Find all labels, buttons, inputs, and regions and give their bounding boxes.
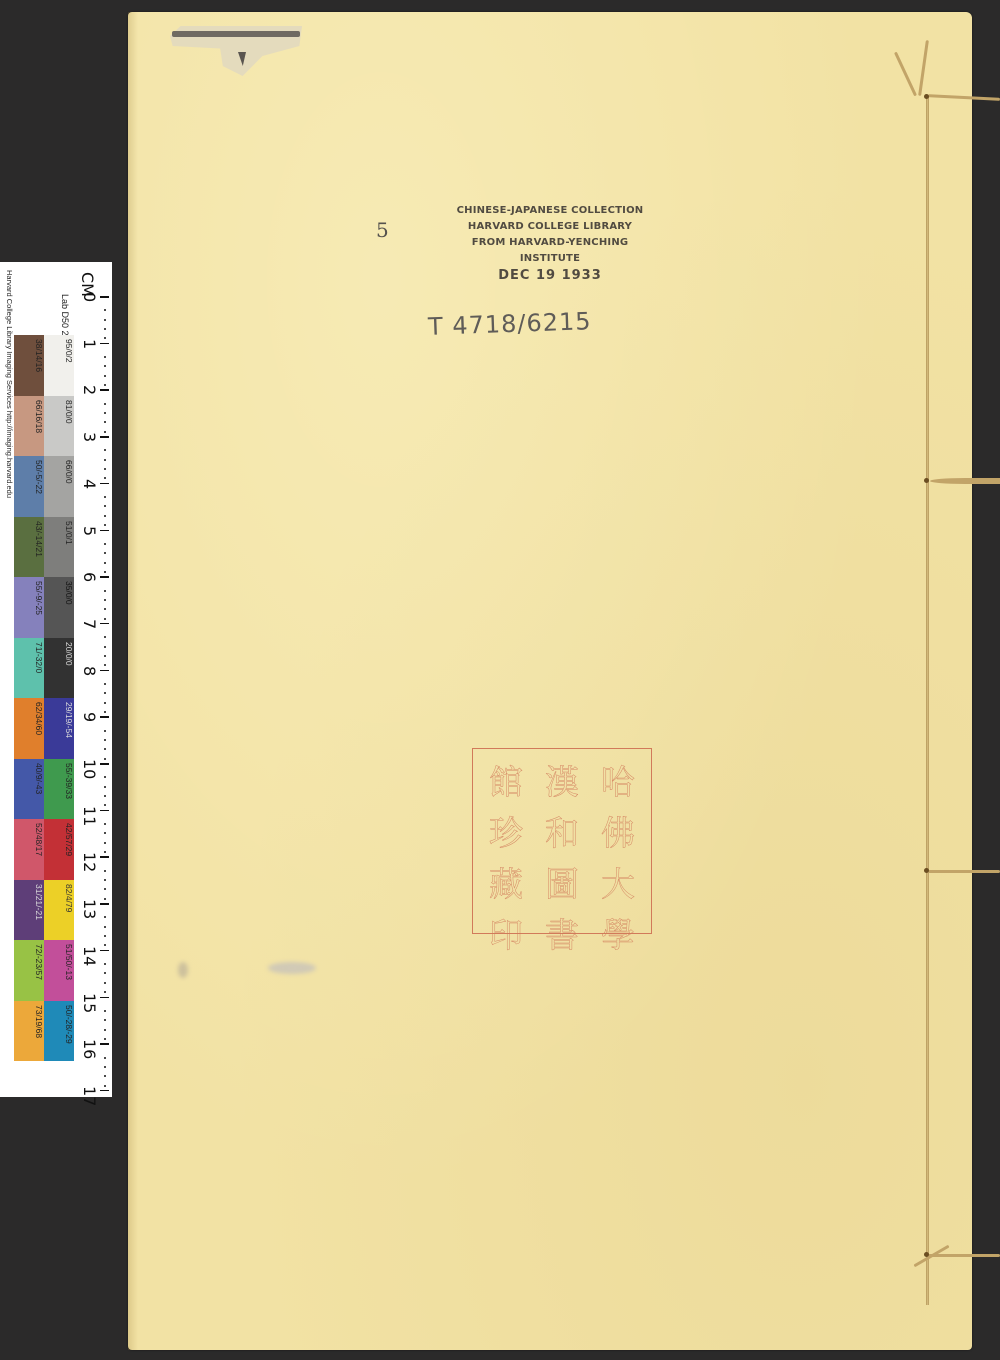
binding-thread-middle xyxy=(930,478,1000,484)
ruler-minor-tick xyxy=(104,571,106,573)
gray-patch: 42/57/29 xyxy=(44,819,74,880)
ruler-number: 16 xyxy=(80,1039,99,1059)
library-acquisition-stamp: CHINESE-JAPANESE COLLECTION HARVARD COLL… xyxy=(440,203,660,285)
seal-character: 學 xyxy=(591,908,645,957)
color-patch: 66/16/18 xyxy=(14,396,44,457)
gray-patch: 29/19/-54 xyxy=(44,698,74,759)
seal-character: 哈 xyxy=(591,755,645,804)
binding-knot xyxy=(924,94,929,99)
ruler-minor-tick xyxy=(104,730,106,732)
ruler-minor-tick xyxy=(104,319,106,321)
seal-character: 藏 xyxy=(479,857,533,906)
ruler-number: 6 xyxy=(80,572,99,582)
gray-patch: 50/-28/-29 xyxy=(44,1001,74,1062)
ruler-major-tick xyxy=(100,716,109,718)
binding-thread-vertical xyxy=(926,95,929,1305)
color-patch: 72/-23/57 xyxy=(14,940,44,1001)
paper-smudge xyxy=(178,962,188,978)
ruler-minor-tick xyxy=(104,823,106,825)
ruler-minor-tick xyxy=(104,739,106,741)
gray-patch: 55/-39/33 xyxy=(44,759,74,820)
ruler-minor-tick xyxy=(104,562,106,564)
handwritten-page-number: 5 xyxy=(376,218,389,242)
ruler-minor-tick xyxy=(104,655,106,657)
ruler-minor-tick xyxy=(104,1038,106,1040)
card-credit-text: Harvard College Library Imaging Services… xyxy=(2,270,14,830)
ruler-minor-tick xyxy=(104,375,106,377)
ruler-number: 9 xyxy=(80,712,99,722)
ruler-minor-tick xyxy=(104,795,106,797)
ruler-major-tick xyxy=(100,389,109,391)
stamp-line-library: HARVARD COLLEGE LIBRARY xyxy=(440,219,660,235)
torn-label-stripe xyxy=(172,31,300,37)
ruler-minor-tick xyxy=(104,328,106,330)
color-patch: 73/19/68 xyxy=(14,1001,44,1062)
ruler-major-tick xyxy=(100,530,109,532)
ruler-minor-tick xyxy=(104,1010,106,1012)
gray-patch: 95/0/2 xyxy=(44,335,74,396)
ruler-major-tick xyxy=(100,483,109,485)
gray-patch: 35/0/0 xyxy=(44,577,74,638)
stamp-date: DEC 19 1933 xyxy=(440,267,660,285)
ruler-number: 7 xyxy=(80,619,99,629)
ruler-major-tick xyxy=(100,296,109,298)
seal-character: 書 xyxy=(535,908,589,957)
ruler-major-tick xyxy=(100,436,109,438)
ruler-major-tick xyxy=(100,997,109,999)
seal-character: 圖 xyxy=(535,857,589,906)
stamp-line-collection: CHINESE-JAPANESE COLLECTION xyxy=(440,203,660,219)
ruler-minor-tick xyxy=(104,515,106,517)
ruler-minor-tick xyxy=(104,356,106,358)
ruler-number: 3 xyxy=(80,432,99,442)
ruler-number: 2 xyxy=(80,385,99,395)
stamp-line-source: FROM HARVARD-YENCHING INSTITUTE xyxy=(440,235,660,267)
color-patch: 43/-14/21 xyxy=(14,517,44,578)
ruler-minor-tick xyxy=(104,870,106,872)
ruler-major-tick xyxy=(100,903,109,905)
lab-label: Lab D50 2° xyxy=(60,294,70,339)
ruler-number: 17 xyxy=(80,1086,99,1106)
ruler-minor-tick xyxy=(104,646,106,648)
gray-patch: 66/0/0 xyxy=(44,456,74,517)
ruler-minor-tick xyxy=(104,702,106,704)
ruler-major-tick xyxy=(100,856,109,858)
ruler-number: 5 xyxy=(80,526,99,536)
ruler-number: 14 xyxy=(80,946,99,966)
handwritten-call-number: T 4718/6215 xyxy=(428,307,592,341)
ruler-number: 4 xyxy=(80,479,99,489)
gray-patch: 82/4/79 xyxy=(44,880,74,941)
ruler-major-tick xyxy=(100,623,109,625)
ruler-minor-tick xyxy=(104,1057,106,1059)
ruler-minor-tick xyxy=(104,1066,106,1068)
paper-smudge xyxy=(268,962,316,974)
ruler-minor-tick xyxy=(104,898,106,900)
ruler-minor-tick xyxy=(104,431,106,433)
seal-character: 和 xyxy=(535,806,589,855)
seal-character: 漢 xyxy=(535,755,589,804)
ruler-minor-tick xyxy=(104,543,106,545)
color-patch: 62/34/60 xyxy=(14,698,44,759)
ruler-minor-tick xyxy=(104,926,106,928)
ruler-major-tick xyxy=(100,763,109,765)
binding-thread-bottom xyxy=(928,1254,1000,1257)
ruler-minor-tick xyxy=(104,842,106,844)
ruler-minor-tick xyxy=(104,459,106,461)
page-edge-shadow xyxy=(128,12,138,1350)
ruler-number: 8 xyxy=(80,666,99,676)
binding-knot xyxy=(924,868,929,873)
seal-character: 大 xyxy=(591,857,645,906)
ruler-minor-tick xyxy=(104,786,106,788)
seal-character: 印 xyxy=(479,908,533,957)
ruler-number: 0 xyxy=(80,292,99,302)
ruler-minor-tick xyxy=(104,618,106,620)
ruler-major-tick xyxy=(100,1090,109,1092)
ruler-major-tick xyxy=(100,810,109,812)
color-patch: 40/9/-43 xyxy=(14,759,44,820)
seal-character: 館 xyxy=(479,755,533,804)
ruler-minor-tick xyxy=(104,711,106,713)
color-patch: 55/-9/-25 xyxy=(14,577,44,638)
ruler-minor-tick xyxy=(104,403,106,405)
ruler-number: 1 xyxy=(80,339,99,349)
ruler-number: 13 xyxy=(80,899,99,919)
color-patch: 71/-32/0 xyxy=(14,638,44,699)
ruler-minor-tick xyxy=(104,599,106,601)
ruler-minor-tick xyxy=(104,982,106,984)
gray-patch: 81/0/0 xyxy=(44,396,74,457)
ruler-major-tick xyxy=(100,343,109,345)
ruler-minor-tick xyxy=(104,758,106,760)
binding-knot xyxy=(924,1252,929,1257)
ruler-major-tick xyxy=(100,576,109,578)
ruler-number: 15 xyxy=(80,993,99,1013)
gray-patch: 20/0/0 xyxy=(44,638,74,699)
binding-thread-lower xyxy=(928,870,1000,873)
color-patch: 31/21/-21 xyxy=(14,880,44,941)
ruler-major-tick xyxy=(100,950,109,952)
color-patch: 38/14/16 xyxy=(14,335,44,396)
ruler-number: 12 xyxy=(80,852,99,872)
ruler-minor-tick xyxy=(104,590,106,592)
ruler-minor-tick xyxy=(104,1029,106,1031)
gray-patch: 51/0/1 xyxy=(44,517,74,578)
gray-patch: 51/50/-13 xyxy=(44,940,74,1001)
seal-character: 佛 xyxy=(591,806,645,855)
binding-knot xyxy=(924,478,929,483)
red-library-seal: 哈 佛 大 學 漢 和 圖 書 館 珍 藏 印 xyxy=(472,748,652,934)
seal-character: 珍 xyxy=(479,806,533,855)
ruler-number: 10 xyxy=(80,759,99,779)
ruler-major-tick xyxy=(100,670,109,672)
ruler-minor-tick xyxy=(104,683,106,685)
color-patch: 50/-5/-22 xyxy=(14,456,44,517)
ruler-minor-tick xyxy=(104,1085,106,1087)
ruler-number: 11 xyxy=(80,806,99,826)
color-patch: 52/48/17 xyxy=(14,819,44,880)
ruler-major-tick xyxy=(100,1043,109,1045)
